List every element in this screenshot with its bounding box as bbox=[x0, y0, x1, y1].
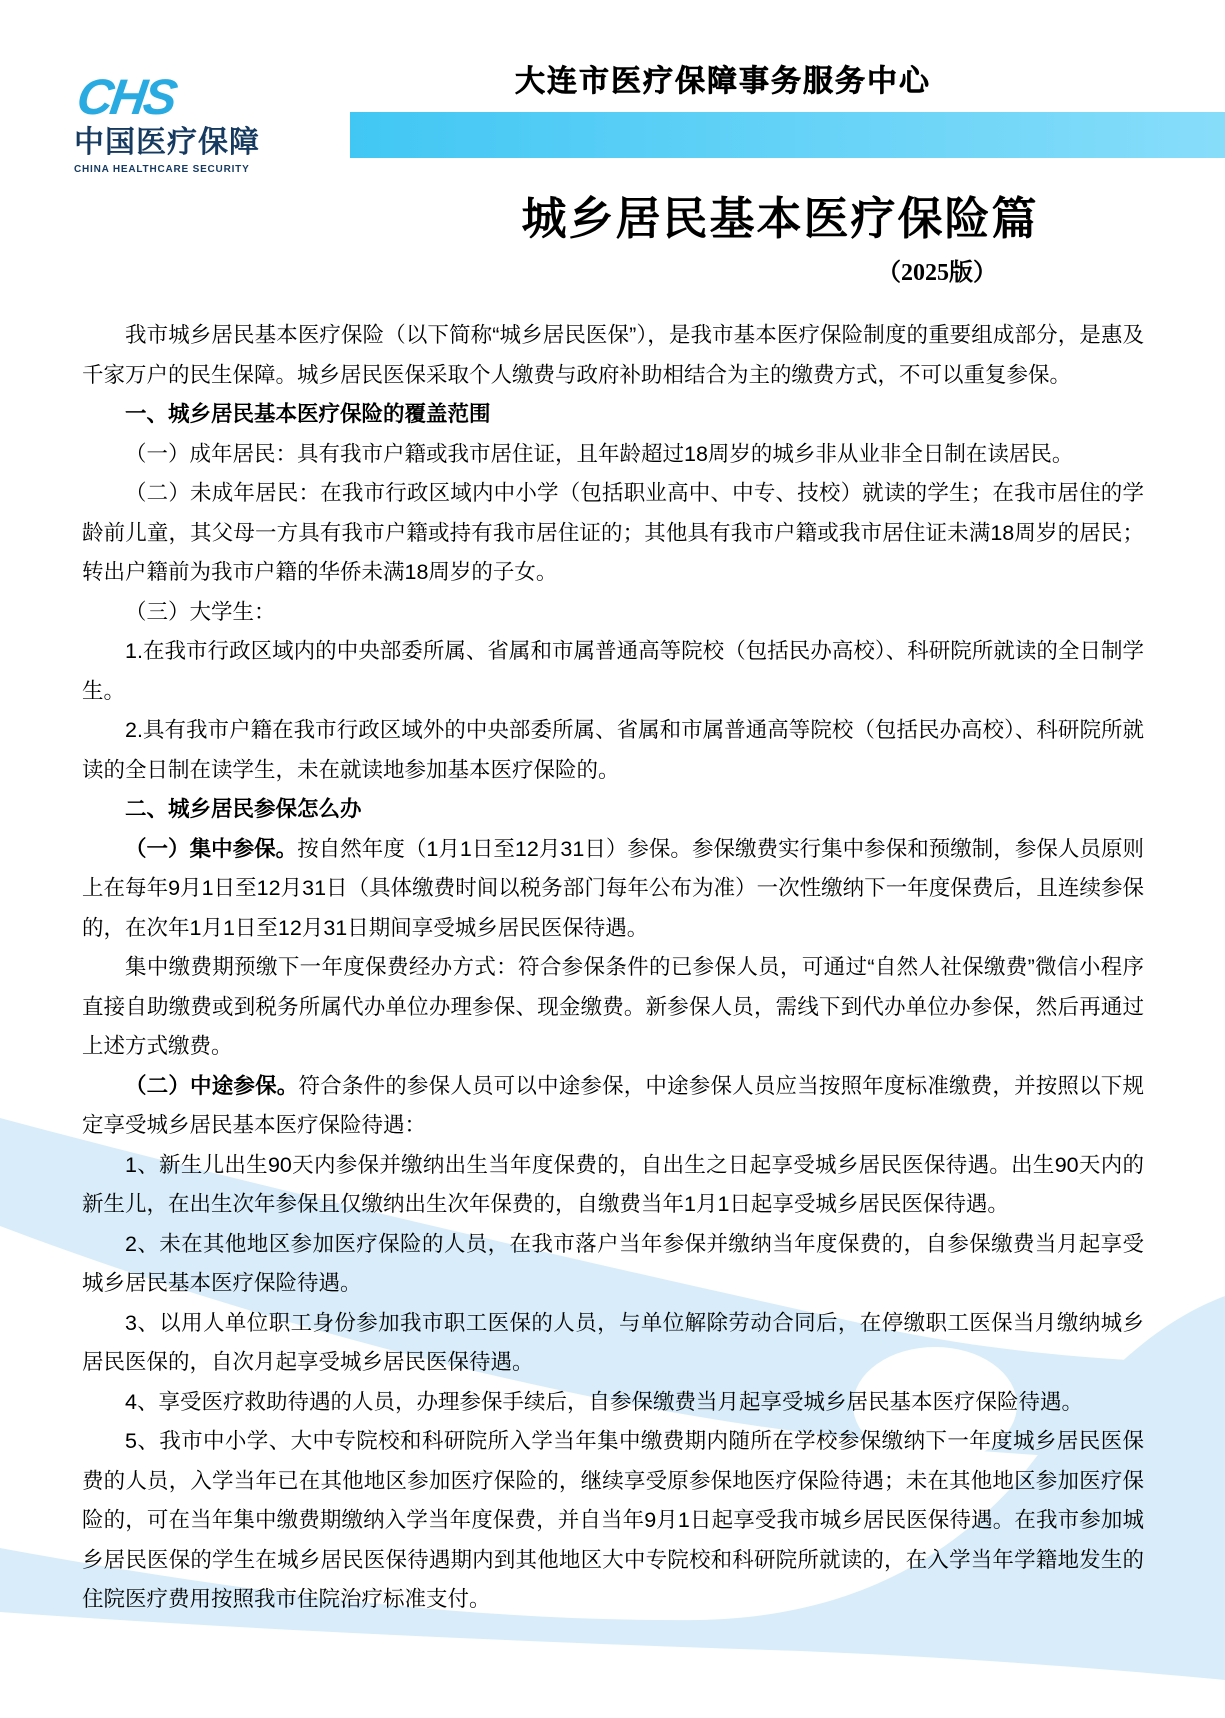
chs-logo-name-cn: 中国医疗保障 bbox=[74, 126, 304, 161]
section-heading: 一、城乡居民基本医疗保险的覆盖范围 bbox=[82, 395, 1144, 435]
chs-logo-name-en: CHINA HEALTHCARE SECURITY bbox=[74, 164, 304, 175]
paragraph: 1、新生儿出生90天内参保并缴纳出生当年度保费的，自出生之日起享受城乡居民医保待… bbox=[82, 1146, 1144, 1225]
paragraph: （一）成年居民：具有我市户籍或我市居住证，且年龄超过18周岁的城乡非从业非全日制… bbox=[82, 435, 1144, 475]
paragraph: 3、以用人单位职工身份参加我市职工医保的人员，与单位解除劳动合同后，在停缴职工医… bbox=[82, 1304, 1144, 1383]
paragraph: （一）集中参保。按自然年度（1月1日至12月31日）参保。参保缴费实行集中参保和… bbox=[82, 830, 1144, 949]
paragraph: 2.具有我市户籍在我市行政区域外的中央部委所属、省属和市属普通高等院校（包括民办… bbox=[82, 711, 1144, 790]
paragraph: 2、未在其他地区参加医疗保险的人员，在我市落户当年参保并缴纳当年度保费的，自参保… bbox=[82, 1225, 1144, 1304]
title-block: 城乡居民基本医疗保险篇 （2025版） bbox=[0, 192, 1225, 287]
paragraph: 集中缴费期预缴下一年度保费经办方式：符合参保条件的已参保人员，可通过“自然人社保… bbox=[82, 948, 1144, 1067]
paragraph: 1.在我市行政区域内的中央部委所属、省属和市属普通高等院校（包括民办高校）、科研… bbox=[82, 632, 1144, 711]
section-heading: 二、城乡居民参保怎么办 bbox=[82, 790, 1144, 830]
paragraph: （三）大学生： bbox=[82, 593, 1144, 633]
banner-bar bbox=[350, 112, 1225, 158]
document-page: CHS 中国医疗保障 CHINA HEALTHCARE SECURITY 大连市… bbox=[0, 0, 1225, 1718]
paragraph-lead: （二）中途参保。 bbox=[125, 1074, 298, 1098]
paragraph: （二）未成年居民：在我市行政区域内中小学（包括职业高中、中专、技校）就读的学生；… bbox=[82, 474, 1144, 593]
paragraph-lead: （一）集中参保。 bbox=[125, 837, 297, 861]
document-body: 我市城乡居民基本医疗保险（以下简称“城乡居民医保”），是我市基本医疗保险制度的重… bbox=[82, 316, 1144, 1620]
paragraph: 4、享受医疗救助待遇的人员，办理参保手续后，自参保缴费当月起享受城乡居民基本医疗… bbox=[82, 1383, 1144, 1423]
paragraph: 我市城乡居民基本医疗保险（以下简称“城乡居民医保”），是我市基本医疗保险制度的重… bbox=[82, 316, 1144, 395]
paragraph: （二）中途参保。符合条件的参保人员可以中途参保，中途参保人员应当按照年度标准缴费… bbox=[82, 1067, 1144, 1146]
org-title: 大连市医疗保障事务服务中心 bbox=[515, 56, 931, 100]
chs-logo-acronym: CHS bbox=[74, 72, 311, 122]
chs-logo: CHS 中国医疗保障 CHINA HEALTHCARE SECURITY bbox=[74, 72, 304, 175]
document-title: 城乡居民基本医疗保险篇 bbox=[0, 192, 1225, 246]
paragraph: 5、我市中小学、大中专院校和科研院所入学当年集中缴费期内随所在学校参保缴纳下一年… bbox=[82, 1422, 1144, 1620]
document-edition: （2025版） bbox=[0, 252, 1225, 287]
